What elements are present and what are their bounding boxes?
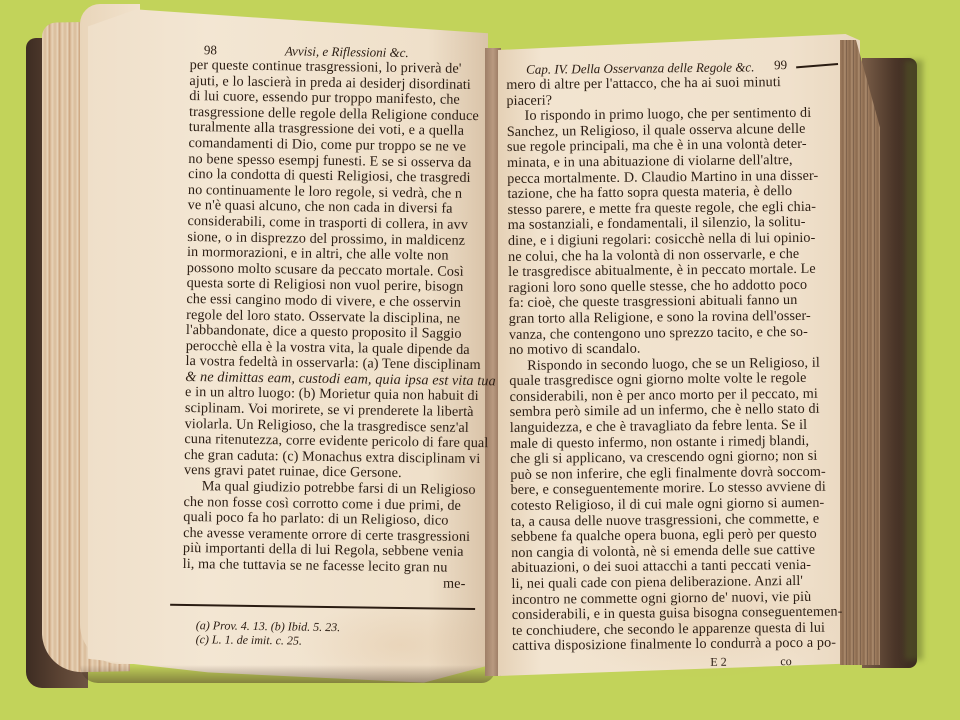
- book-shadow: [905, 60, 923, 660]
- text-line: cattiva disposizione finalmente lo condu…: [512, 636, 842, 655]
- book-photo: 98 Avvisi, e Riflessioni &c. per queste …: [0, 0, 960, 720]
- ink-mark: [796, 63, 838, 68]
- page-number: 99: [774, 57, 787, 73]
- running-head-title: Cap. IV. Della Osservanza delle Regole &…: [526, 59, 754, 77]
- body-text: per queste continue trasgressioni, lo pr…: [182, 58, 484, 592]
- footnote-rule: [170, 604, 475, 610]
- right-page-text: Cap. IV. Della Osservanza delle Regole &…: [506, 55, 842, 671]
- catchword: co: [780, 654, 791, 669]
- page-footer: E 2 co: [512, 653, 842, 670]
- running-head-title: Avvisi, e Riflessioni &c.: [285, 43, 409, 61]
- page-number: 98: [204, 42, 217, 58]
- left-page-text: 98 Avvisi, e Riflessioni &c. per queste …: [182, 42, 485, 650]
- right-page-stack: [840, 40, 880, 665]
- running-head: Cap. IV. Della Osservanza delle Regole &…: [506, 55, 836, 74]
- signature-mark: E 2: [710, 655, 726, 670]
- body-text: mero di altre per l'attacco, che ha ai s…: [506, 75, 842, 655]
